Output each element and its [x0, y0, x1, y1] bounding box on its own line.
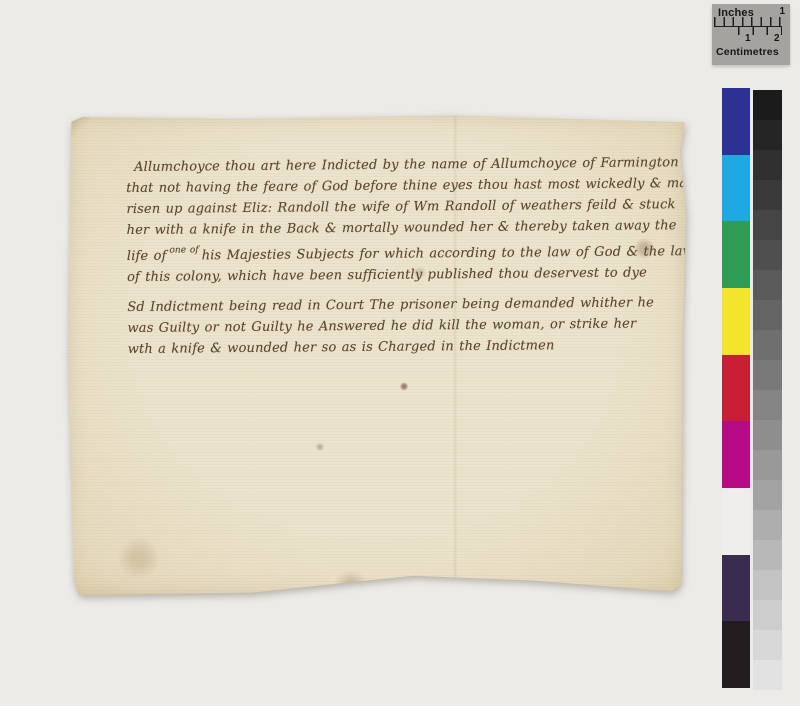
gray-step-17: [753, 570, 782, 600]
ruler-cm-mark-2: 2: [774, 33, 780, 44]
gray-step-2: [753, 120, 782, 150]
gray-step-9: [753, 330, 782, 360]
gray-step-12: [753, 420, 782, 450]
gray-step-3: [753, 150, 782, 180]
gray-step-15: [753, 510, 782, 540]
photo-background: Inches 1 1 2 Centimetres Allumchoyce tho…: [0, 0, 800, 706]
gray-step-5: [753, 210, 782, 240]
gray-step-13: [753, 450, 782, 480]
ruler-inch-ticks: [714, 17, 782, 27]
gray-step-7: [753, 270, 782, 300]
gray-step-20: [753, 660, 782, 690]
color-patch-red: [722, 355, 750, 422]
manuscript-paper: Allumchoyce thou art here Indicted by th…: [64, 113, 688, 597]
gray-step-8: [753, 300, 782, 330]
manuscript-text: Allumchoyce thou art here Indicted by th…: [126, 152, 664, 360]
color-calibration-strip: [722, 88, 750, 688]
plea-paragraph: Sd Indictment being read in Court The pr…: [127, 292, 664, 360]
gray-step-1: [753, 90, 782, 120]
manuscript-line: wth a knife & wounded her so as is Charg…: [128, 334, 664, 360]
gray-step-6: [753, 240, 782, 270]
color-patch-yellow: [722, 288, 750, 355]
manuscript-line-part: his Majesties Subjects for which accordi…: [202, 244, 694, 263]
color-patch-white: [722, 488, 750, 555]
paper-fold-corner: [64, 113, 90, 139]
manuscript-line: of this colony, which have been sufficie…: [127, 262, 663, 288]
manuscript-line-part: life of: [127, 249, 167, 264]
color-patch-green: [722, 221, 750, 288]
color-patch-magenta: [722, 421, 750, 488]
ruler-cm-mark-1: 1: [745, 33, 751, 44]
grayscale-wedge: [753, 90, 782, 690]
color-patch-dark-purple: [722, 555, 750, 622]
indictment-paragraph: Allumchoyce thou art here Indicted by th…: [126, 152, 663, 288]
color-patch-cyan: [722, 155, 750, 222]
ruler-card: Inches 1 1 2 Centimetres: [712, 4, 790, 65]
gray-step-16: [753, 540, 782, 570]
color-patch-black: [722, 621, 750, 688]
interlinear-insertion: one of: [169, 245, 198, 255]
gray-step-10: [753, 360, 782, 390]
color-patch-dark-blue: [722, 88, 750, 155]
gray-step-18: [753, 600, 782, 630]
ruler-inch-mark-1: 1: [779, 6, 785, 17]
gray-step-14: [753, 480, 782, 510]
gray-step-19: [753, 630, 782, 660]
gray-step-11: [753, 390, 782, 420]
ruler-centimetres-label: Centimetres: [716, 46, 779, 58]
gray-step-4: [753, 180, 782, 210]
